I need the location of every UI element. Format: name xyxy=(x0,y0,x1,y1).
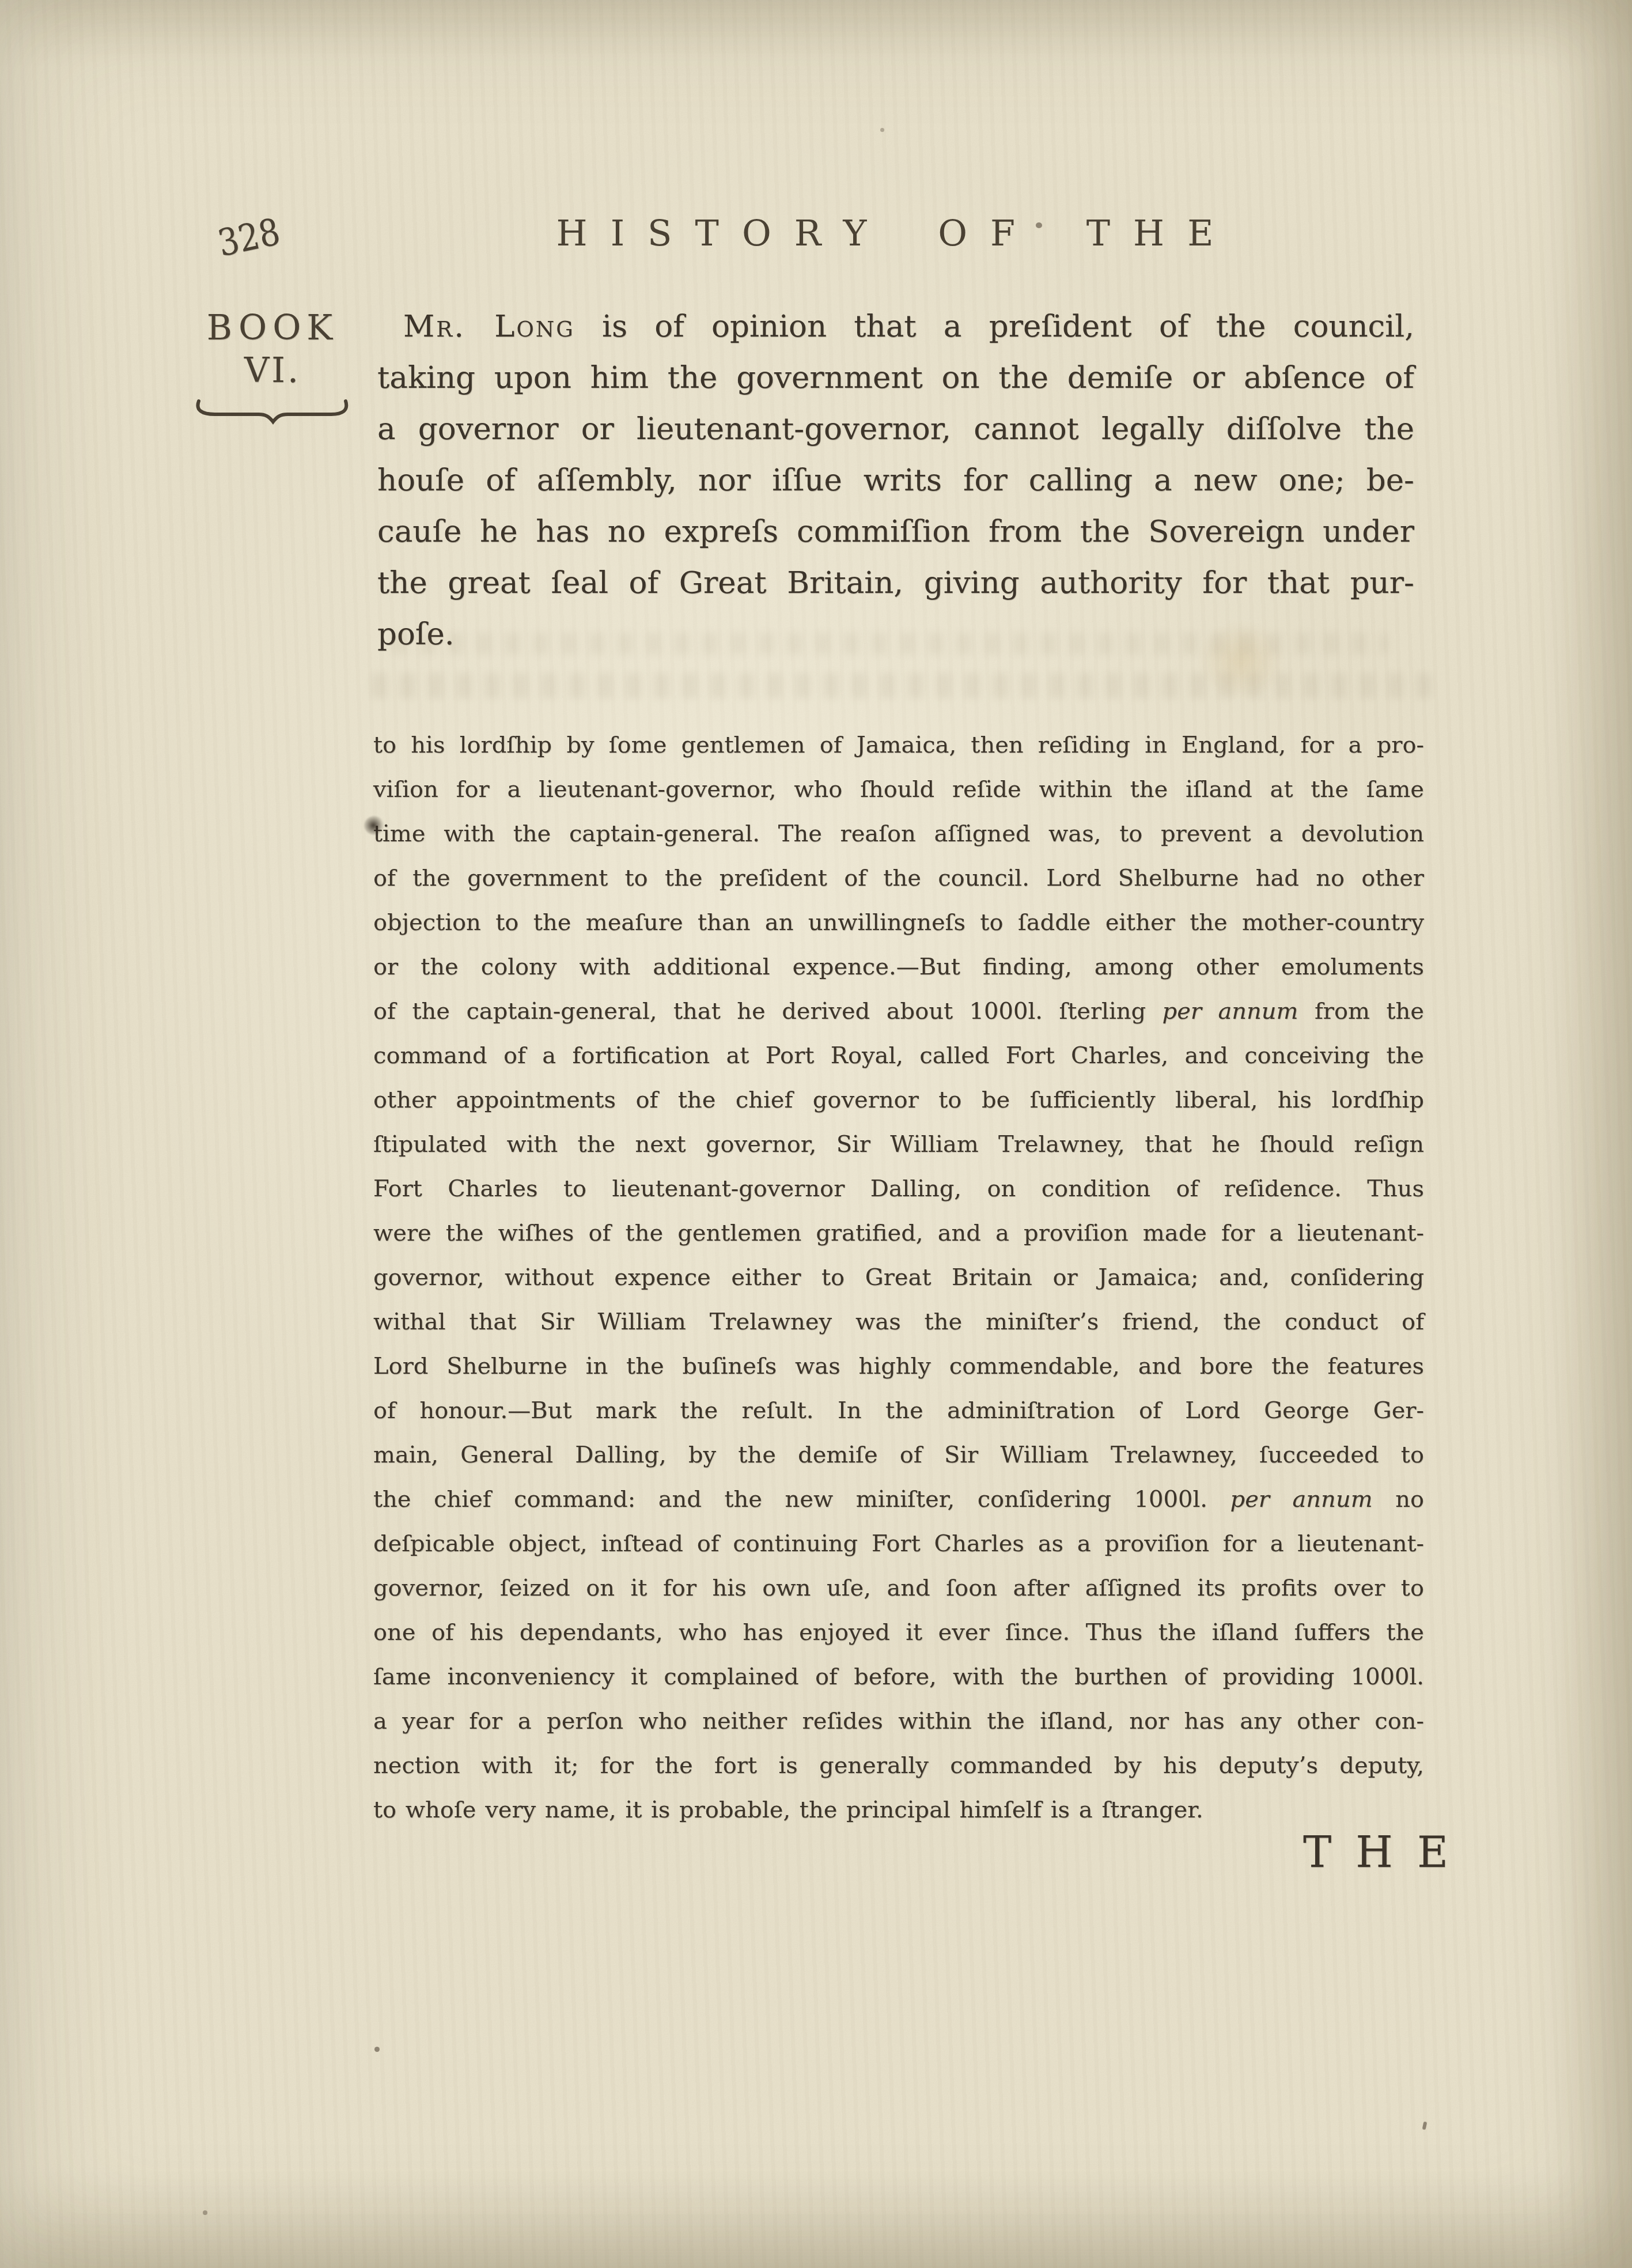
footnote-text-line: time with the captain-general. The reaſo… xyxy=(373,812,1424,856)
lead-name-smallcaps: Mr. Long xyxy=(403,309,575,344)
footnote-text-line: of the captain-general, that he derived … xyxy=(373,989,1424,1034)
footnote-text-line: Lord Shelburne in the buſineſs was highl… xyxy=(373,1344,1424,1389)
footnote-text-line: ſtipulated with the next governor, Sir W… xyxy=(373,1122,1424,1167)
margin-note-book: BOOK xyxy=(194,307,351,349)
footnote-text-line: command of a fortification at Port Royal… xyxy=(373,1034,1424,1078)
footnote-lines: to his lordſhip by ſome gentlemen of Jam… xyxy=(373,723,1424,1832)
bleed-through-ghost xyxy=(372,673,1432,698)
main-text-line: the great ſeal of Great Britain, giving … xyxy=(377,557,1414,608)
paper-speck xyxy=(203,2210,207,2215)
footnote-text-line: governor, ſeized on it for his own uſe, … xyxy=(373,1566,1424,1611)
book-page-scan: 328 HISTORY OF THE BOOK VI. Mr. Long is … xyxy=(0,0,1632,2268)
footnote-text-line: Fort Charles to lieutenant-governor Dall… xyxy=(373,1167,1424,1211)
footnote-text-line: governor, without expence either to Grea… xyxy=(373,1256,1424,1300)
paragraph-first-line: Mr. Long is of opinion that a preſident … xyxy=(377,301,1414,352)
footnote-text-line: objection to the meaſure than an unwilli… xyxy=(373,901,1424,945)
footnote-text-line: of honour.—But mark the reſult. In the a… xyxy=(373,1389,1424,1433)
footnote-block: to his lordſhip by ſome gentlemen of Jam… xyxy=(373,723,1424,1832)
paper-speck xyxy=(880,128,884,132)
page-number: 328 xyxy=(214,211,284,266)
margin-note: BOOK VI. xyxy=(194,307,351,425)
margin-note-numeral: VI. xyxy=(194,349,351,392)
footnote-text-line: other appointments of the chief governor… xyxy=(373,1078,1424,1122)
main-text-line: cauſe he has no expreſs commiſſion from … xyxy=(377,506,1414,557)
footnote-text-line: nection with it; for the fort is general… xyxy=(373,1744,1424,1788)
footnote-text-line: the chief command: and the new miniſter,… xyxy=(373,1477,1424,1522)
main-text-line: a governor or lieutenant-governor, canno… xyxy=(377,403,1414,455)
footnote-text-line: or the colony with additional expence.—B… xyxy=(373,945,1424,989)
first-line-text: is of opinion that a preſident of the co… xyxy=(575,309,1414,344)
main-paragraph-lines: taking upon him the government on the de… xyxy=(377,352,1414,660)
footnote-text-line: to his lordſhip by ſome gentlemen of Jam… xyxy=(373,723,1424,768)
footnote-text-line: viſion for a lieutenant-governor, who ſh… xyxy=(373,768,1424,812)
footnote-text-line: one of his dependants, who has enjoyed i… xyxy=(373,1611,1424,1655)
catchword: THE xyxy=(1303,1828,1472,1877)
paper-speck xyxy=(1422,2122,1427,2130)
running-head: HISTORY OF THE xyxy=(377,212,1415,254)
ink-blot xyxy=(364,816,385,835)
main-paragraph: Mr. Long is of opinion that a preſident … xyxy=(377,301,1414,660)
footnote-text-line: main, General Dalling, by the demiſe of … xyxy=(373,1433,1424,1477)
paper-speck xyxy=(1036,222,1042,228)
footnote-text-line: of the government to the preſident of th… xyxy=(373,856,1424,901)
margin-brace-icon xyxy=(194,396,351,425)
main-text-line: taking upon him the government on the de… xyxy=(377,352,1414,403)
brace-path xyxy=(198,401,346,422)
footnote-text-line: a year for a perſon who neither reſides … xyxy=(373,1699,1424,1744)
footnote-text-line: were the wiſhes of the gentlemen gratifi… xyxy=(373,1211,1424,1256)
paper-speck xyxy=(374,2047,380,2052)
footnote-text-line: withal that Sir William Trelawney was th… xyxy=(373,1300,1424,1344)
bleed-through-ghost xyxy=(392,633,1388,655)
footnote-text-line: to whoſe very name, it is probable, the … xyxy=(373,1788,1424,1832)
footnote-text-line: ſame inconveniency it complained of befo… xyxy=(373,1655,1424,1699)
footnote-text-line: deſpicable object, inſtead of continuing… xyxy=(373,1522,1424,1566)
main-text-line: houſe of aſſembly, nor iſſue writs for c… xyxy=(377,455,1414,506)
